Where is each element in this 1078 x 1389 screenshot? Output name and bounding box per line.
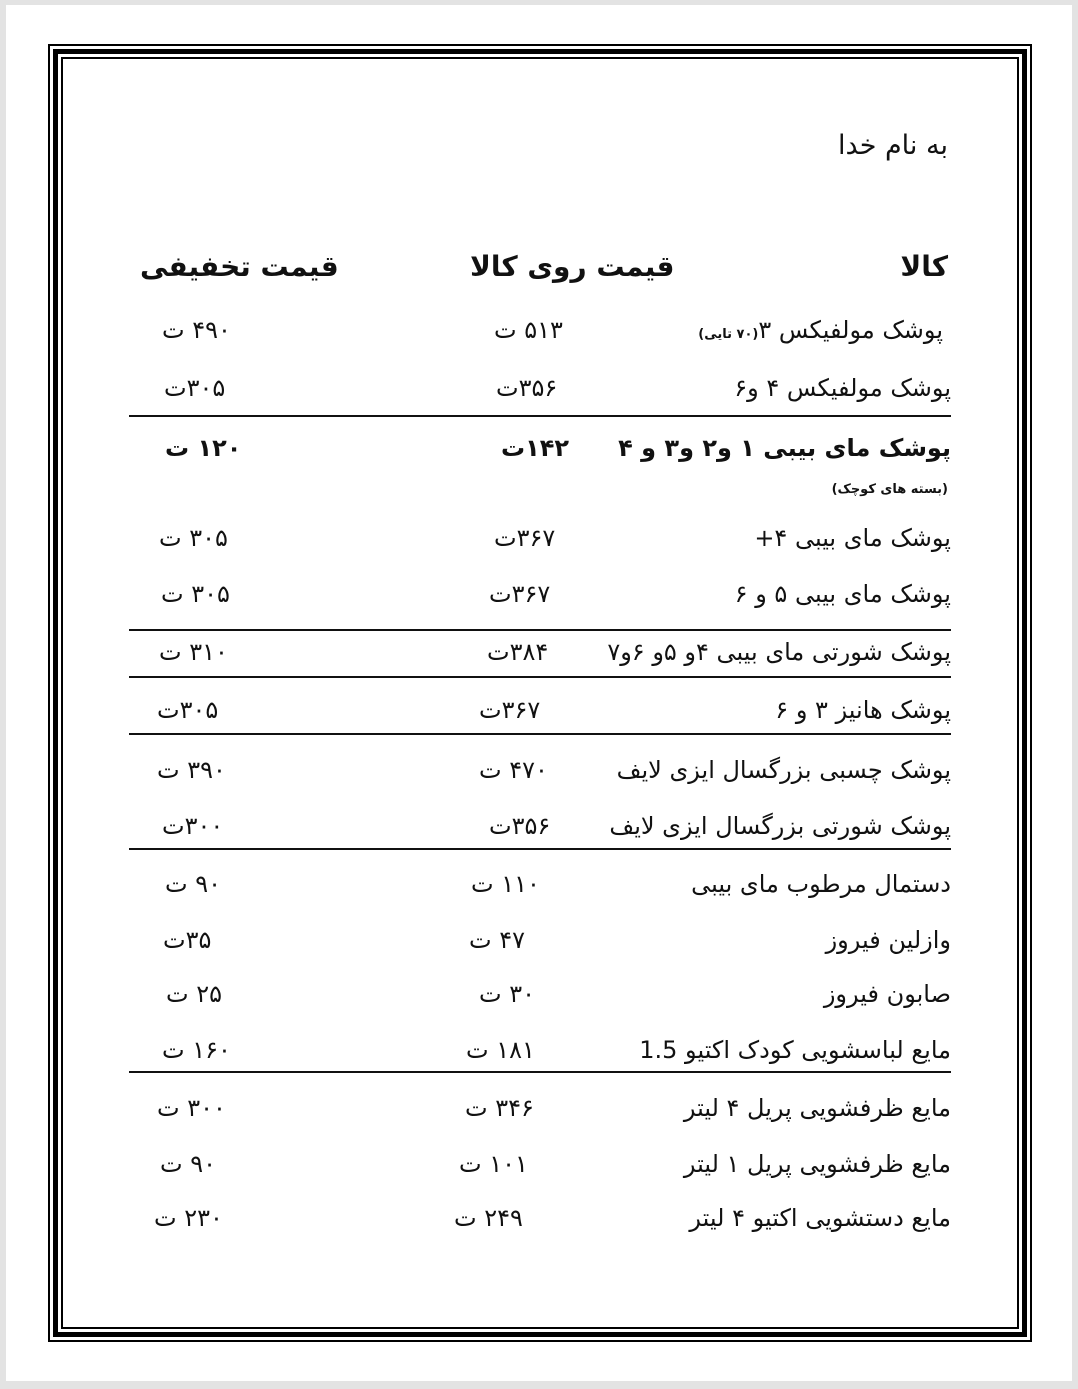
discount-price: ۱۲۰ ت <box>165 428 241 468</box>
column-header-item: کالا <box>900 250 948 283</box>
column-header-discount-price: قیمت تخفیفی <box>140 250 339 283</box>
item-name: صابون فیروز <box>824 974 951 1014</box>
section-divider <box>129 629 951 631</box>
table-row: پوشک هانیز ۳ و ۶ ۳۶۷ت ۳۰۵ت <box>129 690 951 730</box>
item-name: مایع دستشویی اکتیو ۴ لیتر <box>689 1198 951 1238</box>
table-row: مایع دستشویی اکتیو ۴ لیتر ۲۴۹ ت ۲۳۰ ت <box>129 1198 951 1238</box>
list-price: ۲۴۹ ت <box>454 1198 523 1238</box>
list-price: ۱۸۱ ت <box>466 1030 535 1070</box>
section-divider <box>129 1071 951 1073</box>
item-name: پوشک هانیز ۳ و ۶ <box>775 690 951 730</box>
section-divider <box>129 733 951 735</box>
item-name: مایع ظرفشویی پریل ۱ لیتر <box>684 1144 951 1184</box>
item-name: پوشک شورتی مای بیبی ۴و ۵و ۶و۷ <box>607 632 951 672</box>
section-divider <box>129 848 951 850</box>
item-name: دستمال مرطوب مای بیبی <box>691 864 951 904</box>
list-price: ۳۰ ت <box>479 974 535 1014</box>
table-row: پوشک مولفیکس ۴ و۶ ۳۵۶ت ۳۰۵ت <box>129 368 951 408</box>
item-name: پوشک مای بیبی ۴+ <box>754 518 951 558</box>
item-name: وازلین فیروز <box>826 920 951 960</box>
table-row: صابون فیروز ۳۰ ت ۲۵ ت <box>129 974 951 1014</box>
section-divider <box>129 676 951 678</box>
item-name: پوشک شورتی بزرگسال ایزی لایف <box>609 806 951 846</box>
item-name: پوشک مولفیکس ۴ و۶ <box>734 368 951 408</box>
list-price: ۳۶۷ت <box>494 518 555 558</box>
discount-price: ۲۳۰ ت <box>154 1198 223 1238</box>
discount-price: ۴۹۰ ت <box>162 310 231 350</box>
discount-price: ۳۰۵ ت <box>161 574 230 614</box>
list-price: ۱۰۱ ت <box>459 1144 528 1184</box>
discount-price: ۱۶۰ ت <box>162 1030 231 1070</box>
item-name: پوشک مای بیبی ۵ و ۶ <box>735 574 951 614</box>
item-name: پوشک مای بیبی ۱ و۲ و۳ و ۴ <box>618 428 951 468</box>
section-divider <box>129 415 951 417</box>
item-name: مایع ظرفشویی پریل ۴ لیتر <box>684 1088 951 1128</box>
discount-price: ۳۰۵ت <box>164 368 225 408</box>
table-row: وازلین فیروز ۴۷ ت ۳۵ت <box>129 920 951 960</box>
table-row: مایع ظرفشویی پریل ۴ لیتر ۳۴۶ ت ۳۰۰ ت <box>129 1088 951 1128</box>
discount-price: ۳۱۰ ت <box>159 632 228 672</box>
table-row: دستمال مرطوب مای بیبی ۱۱۰ ت ۹۰ ت <box>129 864 951 904</box>
discount-price: ۳۰۵ ت <box>159 518 228 558</box>
table-row: مایع لباسشویی کودک اکتیو 1.5 ۱۸۱ ت ۱۶۰ ت <box>129 1030 951 1070</box>
list-price: ۵۱۳ ت <box>494 310 563 350</box>
discount-price: ۳۵ت <box>163 920 211 960</box>
document-title: به نام خدا <box>838 130 948 161</box>
table-row: پوشک شورتی بزرگسال ایزی لایف ۳۵۶ت ۳۰۰ت <box>129 806 951 846</box>
list-price: ۱۱۰ ت <box>471 864 540 904</box>
discount-price: ۳۹۰ ت <box>157 750 226 790</box>
discount-price: ۹۰ ت <box>160 1144 216 1184</box>
table-row: پوشک شورتی مای بیبی ۴و ۵و ۶و۷ ۳۸۴ت ۳۱۰ ت <box>129 632 951 672</box>
discount-price: ۲۵ ت <box>166 974 222 1014</box>
discount-price: ۹۰ ت <box>165 864 221 904</box>
list-price: ۳۵۶ت <box>496 368 557 408</box>
discount-price: ۳۰۰ ت <box>157 1088 226 1128</box>
item-name: مایع لباسشویی کودک اکتیو 1.5 <box>639 1030 951 1070</box>
list-price: ۳۴۶ ت <box>465 1088 534 1128</box>
item-note: (بسته های کوچک) <box>832 482 948 497</box>
item-name: پوشک چسبی بزرگسال ایزی لایف <box>617 750 951 790</box>
table-row: پوشک مای بیبی ۱ و۲ و۳ و ۴ ۱۴۲ت ۱۲۰ ت <box>129 428 951 468</box>
discount-price: ۳۰۰ت <box>162 806 223 846</box>
list-price: ۳۶۷ت <box>479 690 540 730</box>
table-row: پوشک چسبی بزرگسال ایزی لایف ۴۷۰ ت ۳۹۰ ت <box>129 750 951 790</box>
item-label: پوشک مولفیکس ۳ <box>758 316 943 344</box>
table-row: مایع ظرفشویی پریل ۱ لیتر ۱۰۱ ت ۹۰ ت <box>129 1144 951 1184</box>
list-price: ۱۴۲ت <box>501 428 569 468</box>
item-suffix: (۷۰ تایی) <box>698 327 758 342</box>
list-price: ۴۷ ت <box>469 920 525 960</box>
column-header-list-price: قیمت روی کالا <box>470 250 675 283</box>
list-price: ۳۶۷ت <box>489 574 550 614</box>
list-price: ۴۷۰ ت <box>479 750 548 790</box>
list-price: ۳۸۴ت <box>487 632 548 672</box>
item-name: پوشک مولفیکس ۳(۷۰ تایی) <box>698 310 943 355</box>
list-price: ۳۵۶ت <box>489 806 550 846</box>
discount-price: ۳۰۵ت <box>157 690 218 730</box>
table-row: پوشک مولفیکس ۳(۷۰ تایی) ۵۱۳ ت ۴۹۰ ت <box>129 310 951 350</box>
table-row: پوشک مای بیبی ۵ و ۶ ۳۶۷ت ۳۰۵ ت <box>129 574 951 614</box>
table-row: پوشک مای بیبی ۴+ ۳۶۷ت ۳۰۵ ت <box>129 518 951 558</box>
